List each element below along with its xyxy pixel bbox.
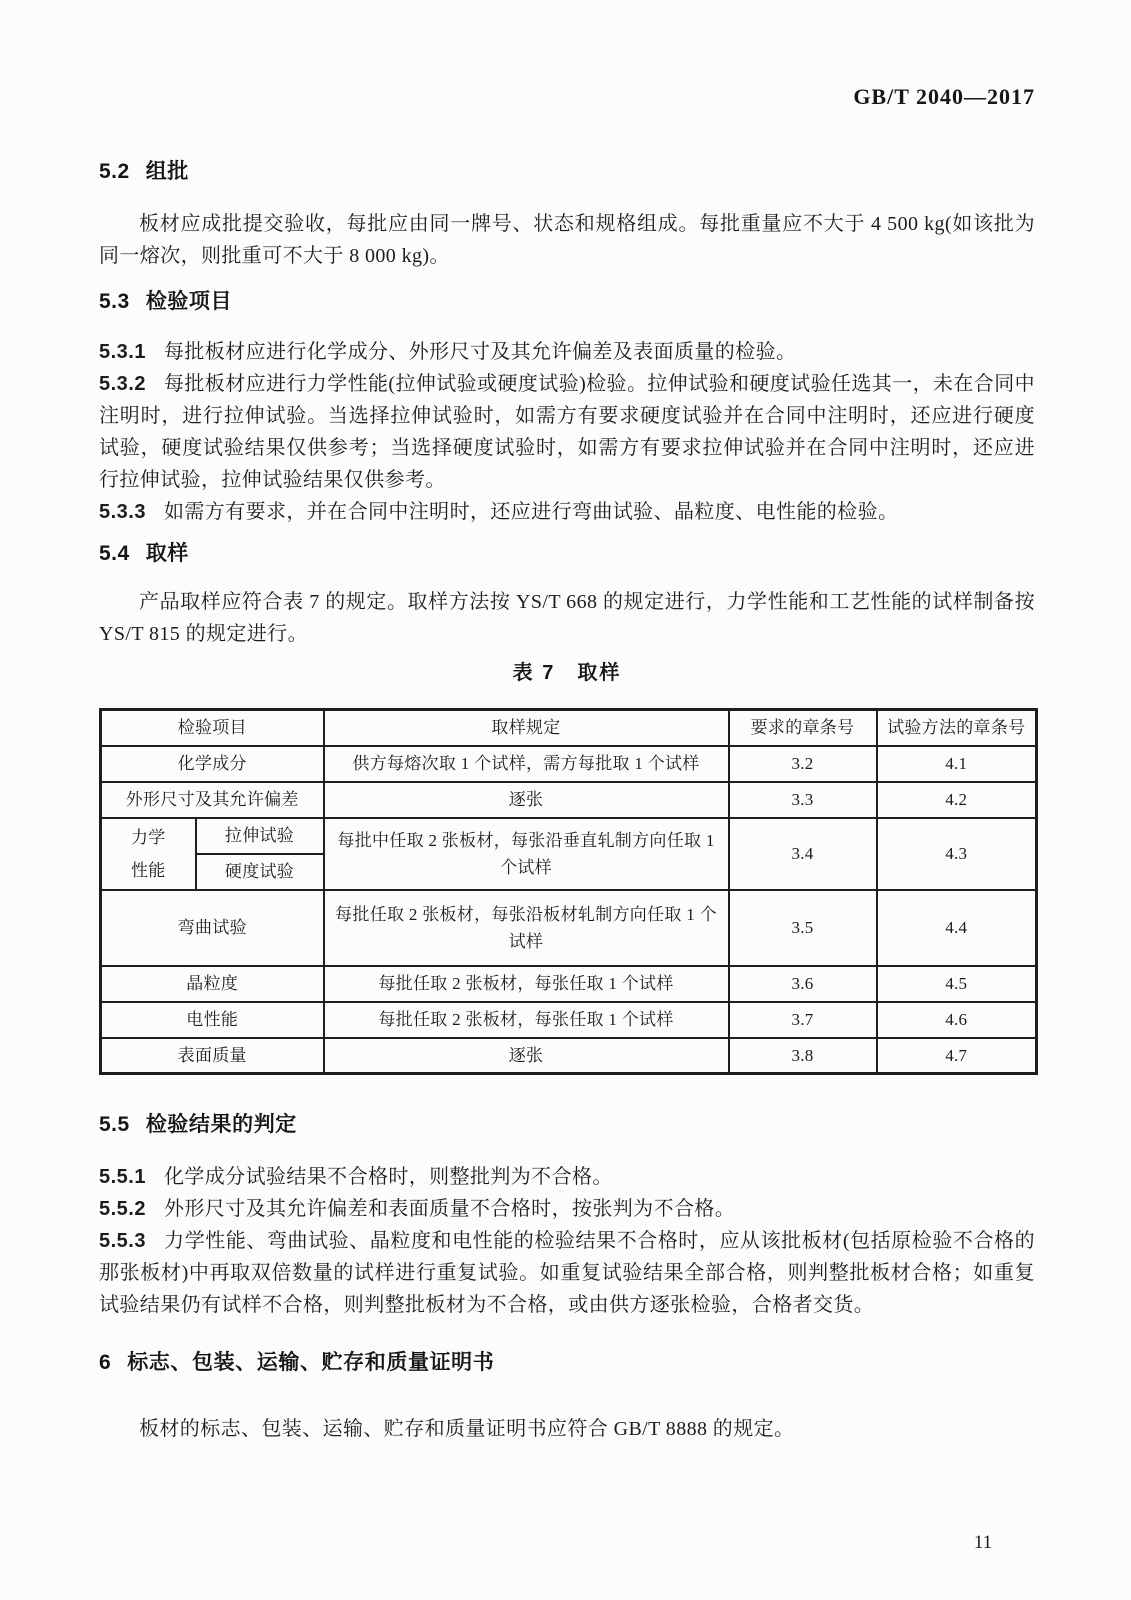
rule-cell: 逐张 xyxy=(324,1038,729,1074)
section-5-4-heading: 5.4取样 xyxy=(99,542,1035,566)
table-row-surface: 表面质量 逐张 3.8 4.7 xyxy=(101,1038,1037,1074)
paragraph-sampling: 产品取样应符合表 7 的规定。取样方法按 YS/T 668 的规定进行，力学性能… xyxy=(99,586,1035,650)
method-cell: 4.6 xyxy=(877,1002,1037,1038)
sampling-table: 检验项目 取样规定 要求的章条号 试验方法的章条号 化学成分 供方每熔次取 1 … xyxy=(99,708,1038,1075)
method-cell: 4.5 xyxy=(877,966,1037,1002)
section-5-5-heading: 5.5检验结果的判定 xyxy=(99,1113,1035,1137)
table-row-mechanical-tensile: 力学性能 拉伸试验 每批中任取 2 张板材，每张沿垂直轧制方向任取 1 个试样 … xyxy=(101,818,1037,854)
section-title: 检验结果的判定 xyxy=(146,1113,297,1136)
item-cell: 电性能 xyxy=(101,1002,324,1038)
rule-cell: 每批中任取 2 张板材，每张沿垂直轧制方向任取 1 个试样 xyxy=(324,818,729,890)
section-number: 5.3 xyxy=(99,290,130,313)
section-number: 6 xyxy=(99,1351,111,1374)
table-caption-label: 表 7 xyxy=(513,662,556,684)
requirement-cell: 3.4 xyxy=(729,818,877,890)
clause-text: 每批板材应进行化学成分、外形尺寸及其允许偏差及表面质量的检验。 xyxy=(164,341,796,363)
paragraph-marking-packaging: 板材的标志、包装、运输、贮存和质量证明书应符合 GB/T 8888 的规定。 xyxy=(99,1413,1035,1445)
clause-number: 5.5.2 xyxy=(99,1198,146,1220)
clause-text: 每批板材应进行力学性能(拉伸试验或硬度试验)检验。拉伸试验和硬度试验任选其一，未… xyxy=(99,373,1035,491)
requirement-cell: 3.8 xyxy=(729,1038,877,1074)
rule-cell: 逐张 xyxy=(324,782,729,818)
requirement-cell: 3.7 xyxy=(729,1002,877,1038)
requirement-cell: 3.3 xyxy=(729,782,877,818)
rule-cell: 每批任取 2 张板材，每张任取 1 个试样 xyxy=(324,1002,729,1038)
paragraph-batching: 板材应成批提交验收，每批应由同一牌号、状态和规格组成。每批重量应不大于 4 50… xyxy=(99,208,1035,272)
requirement-cell: 3.2 xyxy=(729,746,877,782)
method-cell: 4.1 xyxy=(877,746,1037,782)
section-title: 组批 xyxy=(146,160,189,183)
requirement-cell: 3.6 xyxy=(729,966,877,1002)
clause-text: 如需方有要求，并在合同中注明时，还应进行弯曲试验、晶粒度、电性能的检验。 xyxy=(164,501,898,523)
clause-number: 5.5.3 xyxy=(99,1230,146,1252)
clause-5-3-3: 5.3.3如需方有要求，并在合同中注明时，还应进行弯曲试验、晶粒度、电性能的检验… xyxy=(99,496,1035,528)
clause-text: 化学成分试验结果不合格时，则整批判为不合格。 xyxy=(164,1166,613,1188)
column-header-item: 检验项目 xyxy=(101,710,324,746)
method-cell: 4.7 xyxy=(877,1038,1037,1074)
section-number: 5.2 xyxy=(99,160,130,183)
section-5-3-heading: 5.3检验项目 xyxy=(99,290,1035,314)
table-row-chemical: 化学成分 供方每熔次取 1 个试样，需方每批取 1 个试样 3.2 4.1 xyxy=(101,746,1037,782)
clause-5-5-2: 5.5.2外形尺寸及其允许偏差和表面质量不合格时，按张判为不合格。 xyxy=(99,1193,1035,1225)
document-page: GB/T 2040—2017 5.2组批 板材应成批提交验收，每批应由同一牌号、… xyxy=(0,0,1131,1600)
item-cell: 化学成分 xyxy=(101,746,324,782)
clause-5-3-1: 5.3.1每批板材应进行化学成分、外形尺寸及其允许偏差及表面质量的检验。 xyxy=(99,336,1035,368)
column-header-test-method-clause: 试验方法的章条号 xyxy=(877,710,1037,746)
item-group-label: 力学性能 xyxy=(128,821,169,887)
sub-item-cell: 硬度试验 xyxy=(196,854,324,890)
requirement-cell: 3.5 xyxy=(729,890,877,966)
method-cell: 4.3 xyxy=(877,818,1037,890)
item-cell: 弯曲试验 xyxy=(101,890,324,966)
table-row-grain-size: 晶粒度 每批任取 2 张板材，每张任取 1 个试样 3.6 4.5 xyxy=(101,966,1037,1002)
section-title: 标志、包装、运输、贮存和质量证明书 xyxy=(127,1351,494,1374)
table-row-dimensions: 外形尺寸及其允许偏差 逐张 3.3 4.2 xyxy=(101,782,1037,818)
clause-text: 力学性能、弯曲试验、晶粒度和电性能的检验结果不合格时，应从该批板材(包括原检验不… xyxy=(99,1230,1035,1316)
clause-5-5-1: 5.5.1化学成分试验结果不合格时，则整批判为不合格。 xyxy=(99,1161,1035,1193)
method-cell: 4.2 xyxy=(877,782,1037,818)
page-number: 11 xyxy=(952,1532,1014,1554)
table-header-row: 检验项目 取样规定 要求的章条号 试验方法的章条号 xyxy=(101,710,1037,746)
section-title: 取样 xyxy=(146,542,189,565)
section-6-heading: 6标志、包装、运输、贮存和质量证明书 xyxy=(99,1351,1035,1375)
item-cell: 表面质量 xyxy=(101,1038,324,1074)
method-cell: 4.4 xyxy=(877,890,1037,966)
rule-cell: 每批任取 2 张板材，每张沿板材轧制方向任取 1 个试样 xyxy=(324,890,729,966)
rule-cell: 每批任取 2 张板材，每张任取 1 个试样 xyxy=(324,966,729,1002)
section-5-2-heading: 5.2组批 xyxy=(99,160,1035,184)
table-row-electrical: 电性能 每批任取 2 张板材，每张任取 1 个试样 3.7 4.6 xyxy=(101,1002,1037,1038)
clause-number: 5.3.1 xyxy=(99,341,146,363)
section-number: 5.4 xyxy=(99,542,130,565)
section-number: 5.5 xyxy=(99,1113,130,1136)
clause-5-5-3: 5.5.3力学性能、弯曲试验、晶粒度和电性能的检验结果不合格时，应从该批板材(包… xyxy=(99,1225,1035,1321)
clause-text: 外形尺寸及其允许偏差和表面质量不合格时，按张判为不合格。 xyxy=(164,1198,735,1220)
rule-cell: 供方每熔次取 1 个试样，需方每批取 1 个试样 xyxy=(324,746,729,782)
sub-item-cell: 拉伸试验 xyxy=(196,818,324,854)
standard-code-header: GB/T 2040—2017 xyxy=(99,84,1035,110)
clause-number: 5.3.3 xyxy=(99,501,146,523)
item-cell: 晶粒度 xyxy=(101,966,324,1002)
clause-5-3-2: 5.3.2每批板材应进行力学性能(拉伸试验或硬度试验)检验。拉伸试验和硬度试验任… xyxy=(99,368,1035,496)
section-title: 检验项目 xyxy=(146,290,232,313)
column-header-rule: 取样规定 xyxy=(324,710,729,746)
clause-number: 5.5.1 xyxy=(99,1166,146,1188)
table-caption-title: 取样 xyxy=(577,662,621,684)
item-cell: 外形尺寸及其允许偏差 xyxy=(101,782,324,818)
item-group-cell: 力学性能 xyxy=(101,818,196,890)
table-row-bending: 弯曲试验 每批任取 2 张板材，每张沿板材轧制方向任取 1 个试样 3.5 4.… xyxy=(101,890,1037,966)
table-7-caption: 表 7取样 xyxy=(99,660,1035,686)
column-header-requirement-clause: 要求的章条号 xyxy=(729,710,877,746)
clause-number: 5.3.2 xyxy=(99,373,146,395)
page-content: GB/T 2040—2017 5.2组批 板材应成批提交验收，每批应由同一牌号、… xyxy=(99,0,1035,1445)
